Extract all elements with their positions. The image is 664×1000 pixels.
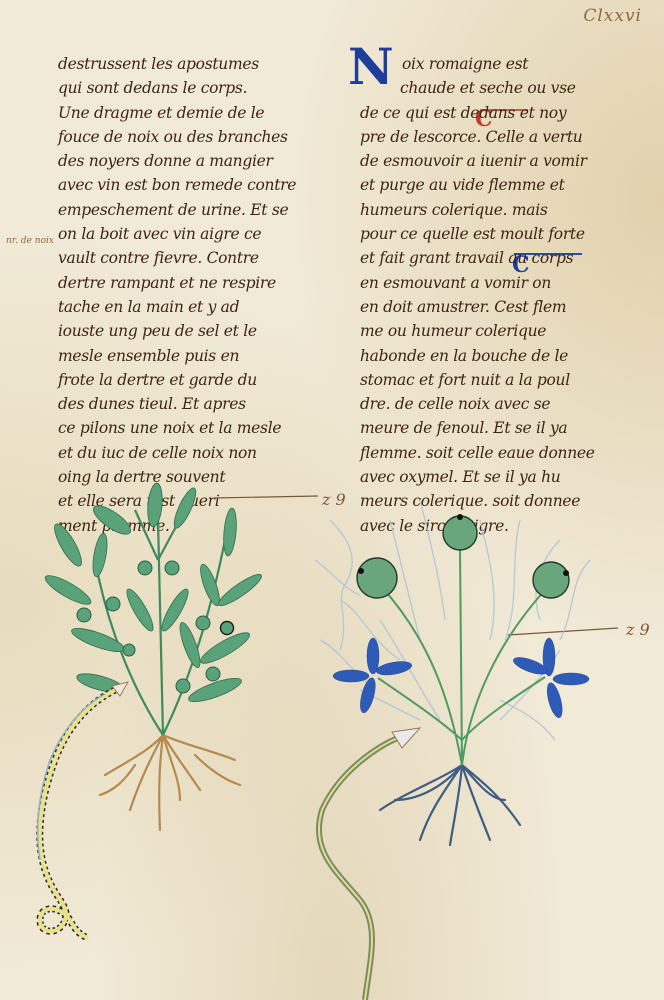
text-line: stomac et fort nuit a la poul	[360, 368, 610, 392]
text-line: habonde en la bouche de le	[360, 344, 610, 368]
text-line: fouce de noix ou des branches	[58, 125, 298, 149]
text-line: frote la dertre et garde du	[58, 368, 298, 392]
left-text-column: destrussent les apostumes qui sont dedan…	[58, 52, 298, 538]
text-line: meure de fenoul. Et se il ya	[360, 416, 610, 440]
text-line: des noyers donne a mangier	[58, 149, 298, 173]
text-line: de ce qui est dedans et noy	[360, 101, 610, 125]
text-line: ce pilons une noix et la mesle	[58, 416, 298, 440]
text-line: et du iuc de celle noix non	[58, 441, 298, 465]
text-line: dre. de celle noix avec se	[360, 392, 610, 416]
text-line: tache en la main et y ad	[58, 295, 298, 319]
text-line: avec le sirop. aigre.	[360, 514, 610, 538]
text-line: me ou humeur colerique	[360, 319, 610, 343]
folio-number: Clxxvi	[583, 6, 642, 26]
text-line: de esmouvoir a iuenir a vomir	[360, 149, 610, 173]
text-line: et fait grant travail au corps	[360, 246, 610, 270]
text-line: en doit amustrer. Cest flem	[360, 295, 610, 319]
text-line: iouste ung peu de sel et le	[58, 319, 298, 343]
manuscript-page: Clxxvi nr. de noix destrussent les apost…	[0, 0, 664, 1000]
text-line: des dunes tieul. Et apres	[58, 392, 298, 416]
text-line: pre de lescorce. Celle a vertu	[360, 125, 610, 149]
plant-number-mark: z 9	[322, 490, 346, 509]
right-plant-illustration	[333, 514, 589, 845]
text-line: meurs colerique. soit donnee	[360, 489, 610, 513]
text-line: destrussent les apostumes	[58, 52, 298, 76]
text-line: chaude et seche ou vse	[360, 76, 610, 100]
text-line: on la boit avec vin aigre ce	[58, 222, 298, 246]
text-line: Une dragme et demie de le	[58, 101, 298, 125]
text-line: dertre rampant et ne respire	[58, 271, 298, 295]
text-line: vault contre fievre. Contre	[58, 246, 298, 270]
text-line: ment promme.	[58, 514, 298, 538]
text-line: et elle sera tost gueri	[58, 489, 298, 513]
text-line: qui sont dedans le corps.	[58, 76, 298, 100]
text-line: avec oxymel. Et se il ya hu	[360, 465, 610, 489]
text-line: pour ce quelle est moult forte	[360, 222, 610, 246]
left-serpent-illustration	[38, 682, 128, 938]
text-line: oix romaigne est	[360, 52, 610, 76]
text-line: humeurs colerique. mais	[360, 198, 610, 222]
plant-number-mark: z 9	[626, 620, 650, 639]
right-serpent-illustration	[319, 728, 420, 1000]
text-line: mesle ensemble puis en	[58, 344, 298, 368]
text-line: et purge au vide flemme et	[360, 173, 610, 197]
text-line: en esmouvant a vomir on	[360, 271, 610, 295]
text-line: avec vin est bon remede contre	[58, 173, 298, 197]
marginal-note: nr. de noix	[6, 236, 54, 246]
right-text-column: oix romaigne est chaude et seche ou vse …	[360, 52, 610, 538]
text-line: oing la dertre souvent	[58, 465, 298, 489]
text-line: empeschement de urine. Et se	[58, 198, 298, 222]
text-line: flemme. soit celle eaue donnee	[360, 441, 610, 465]
